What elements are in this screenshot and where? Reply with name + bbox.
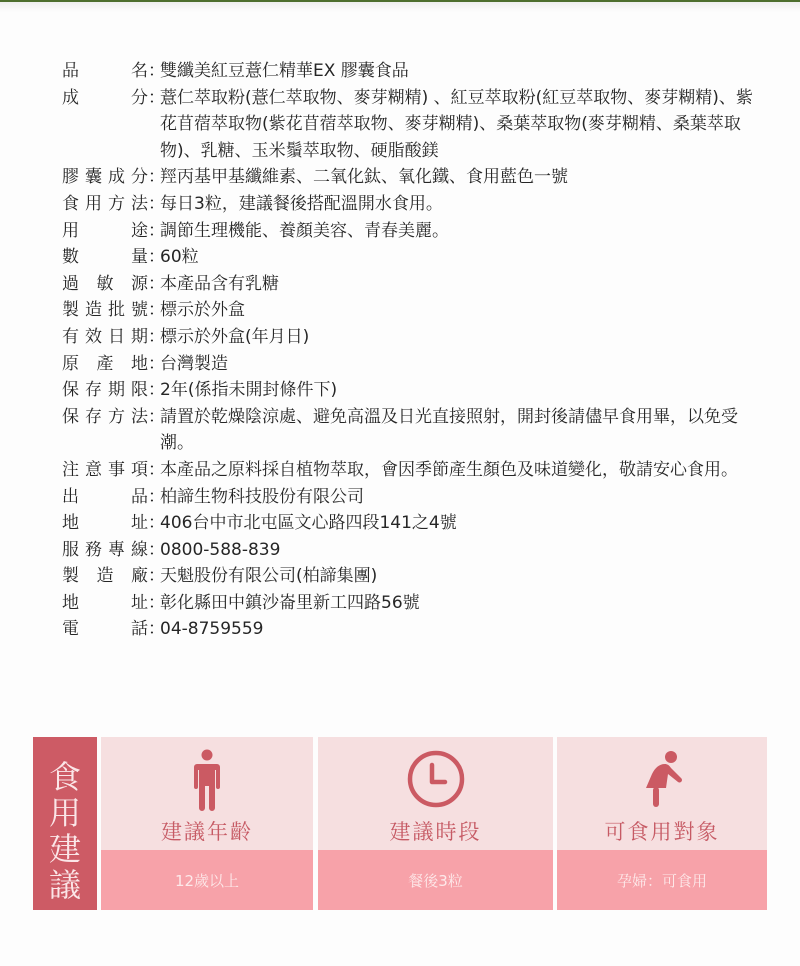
usage-tag: 食 用 建 議 bbox=[33, 737, 97, 910]
spec-label: 地址 bbox=[62, 590, 148, 617]
spec-row: 過敏源：本產品含有乳糖 bbox=[62, 271, 762, 298]
spec-label: 成分 bbox=[62, 85, 148, 165]
spec-value: 彰化縣田中鎮沙崙里新工四路56號 bbox=[160, 590, 762, 617]
card-title: 可食用對象 bbox=[557, 816, 767, 846]
spec-colon: ： bbox=[148, 191, 160, 218]
spec-label: 地址 bbox=[62, 510, 148, 537]
card-top: 可食用對象 bbox=[557, 737, 767, 850]
usage-suggestion-panel: 食 用 建 議 建議年齡 12歲以上 建議時段 餐後3粒 bbox=[33, 737, 767, 910]
spec-colon: ： bbox=[148, 510, 160, 537]
spec-value: 標示於外盒(年月日) bbox=[160, 324, 762, 351]
clock-icon bbox=[406, 749, 466, 811]
spec-row: 食用方法：每日3粒，建議餐後搭配溫開水食用。 bbox=[62, 191, 762, 218]
spec-row: 保存期限：2年(係指未開封條件下) bbox=[62, 377, 762, 404]
spec-row: 注意事項：本產品之原料採自植物萃取，會因季節產生顏色及味道變化，敬請安心食用。 bbox=[62, 457, 762, 484]
spec-colon: ： bbox=[148, 404, 160, 457]
spec-value: 天魁股份有限公司(柏諦集團) bbox=[160, 563, 762, 590]
person-icon bbox=[177, 749, 237, 811]
spec-colon: ： bbox=[148, 457, 160, 484]
card-top: 建議年齡 bbox=[101, 737, 313, 850]
spec-value: 本產品含有乳糖 bbox=[160, 271, 762, 298]
spec-row: 地址：彰化縣田中鎮沙崙里新工四路56號 bbox=[62, 590, 762, 617]
tag-char: 議 bbox=[33, 867, 97, 903]
card-title: 建議時段 bbox=[318, 816, 553, 846]
spec-value: 請置於乾燥陰涼處、避免高溫及日光直接照射，開封後請儘早食用畢，以免受潮。 bbox=[160, 404, 762, 457]
spec-colon: ： bbox=[148, 297, 160, 324]
spec-label: 製造批號 bbox=[62, 297, 148, 324]
spec-colon: ： bbox=[148, 218, 160, 245]
tag-char: 用 bbox=[33, 795, 97, 831]
spec-row: 品名：雙纖美紅豆薏仁精華EX 膠囊食品 bbox=[62, 58, 762, 85]
spec-colon: ： bbox=[148, 563, 160, 590]
spec-value: 柏諦生物科技股份有限公司 bbox=[160, 484, 762, 511]
spec-value: 0800-588-839 bbox=[160, 537, 762, 564]
spec-label: 服務專線 bbox=[62, 537, 148, 564]
spec-value: 2年(係指未開封條件下) bbox=[160, 377, 762, 404]
card-suggested-time: 建議時段 餐後3粒 bbox=[318, 737, 553, 910]
spec-colon: ： bbox=[148, 537, 160, 564]
spec-row: 數量：60粒 bbox=[62, 244, 762, 271]
card-suggested-age: 建議年齡 12歲以上 bbox=[101, 737, 313, 910]
spec-value: 標示於外盒 bbox=[160, 297, 762, 324]
tag-char: 建 bbox=[33, 831, 97, 867]
spec-label: 食用方法 bbox=[62, 191, 148, 218]
spec-row: 服務專線：0800-588-839 bbox=[62, 537, 762, 564]
spec-colon: ： bbox=[148, 616, 160, 643]
spec-colon: ： bbox=[148, 351, 160, 378]
spec-colon: ： bbox=[148, 85, 160, 165]
pregnant-woman-icon bbox=[632, 749, 692, 811]
spec-row: 電話：04-8759559 bbox=[62, 616, 762, 643]
spec-label: 電話 bbox=[62, 616, 148, 643]
spec-value: 406台中市北屯區文心路四段141之4號 bbox=[160, 510, 762, 537]
spec-label: 注意事項 bbox=[62, 457, 148, 484]
spec-label: 保存方法 bbox=[62, 404, 148, 457]
spec-value: 台灣製造 bbox=[160, 351, 762, 378]
card-value: 12歲以上 bbox=[101, 850, 313, 910]
card-value: 餐後3粒 bbox=[318, 850, 553, 910]
top-shadow bbox=[0, 2, 800, 12]
spec-colon: ： bbox=[148, 324, 160, 351]
spec-label: 有效日期 bbox=[62, 324, 148, 351]
spec-value: 雙纖美紅豆薏仁精華EX 膠囊食品 bbox=[160, 58, 762, 85]
spec-colon: ： bbox=[148, 271, 160, 298]
tag-char: 食 bbox=[33, 759, 97, 795]
card-target-group: 可食用對象 孕婦：可食用 bbox=[557, 737, 767, 910]
spec-row: 保存方法：請置於乾燥陰涼處、避免高溫及日光直接照射，開封後請儘早食用畢，以免受潮… bbox=[62, 404, 762, 457]
spec-value: 本產品之原料採自植物萃取，會因季節產生顏色及味道變化，敬請安心食用。 bbox=[160, 457, 762, 484]
card-top: 建議時段 bbox=[318, 737, 553, 850]
spec-row: 出品：柏諦生物科技股份有限公司 bbox=[62, 484, 762, 511]
spec-label: 過敏源 bbox=[62, 271, 148, 298]
spec-row: 膠囊成分：羥丙基甲基纖維素、二氧化鈦、氧化鐵、食用藍色一號 bbox=[62, 164, 762, 191]
spec-colon: ： bbox=[148, 484, 160, 511]
spec-colon: ： bbox=[148, 590, 160, 617]
spec-label: 品名 bbox=[62, 58, 148, 85]
card-title: 建議年齡 bbox=[101, 816, 313, 846]
spec-row: 原產地：台灣製造 bbox=[62, 351, 762, 378]
spec-row: 有效日期：標示於外盒(年月日) bbox=[62, 324, 762, 351]
spec-row: 地址：406台中市北屯區文心路四段141之4號 bbox=[62, 510, 762, 537]
spec-label: 原產地 bbox=[62, 351, 148, 378]
spec-label: 製造廠 bbox=[62, 563, 148, 590]
spec-value: 每日3粒，建議餐後搭配溫開水食用。 bbox=[160, 191, 762, 218]
spec-row: 製造批號：標示於外盒 bbox=[62, 297, 762, 324]
spec-value: 60粒 bbox=[160, 244, 762, 271]
spec-label: 數量 bbox=[62, 244, 148, 271]
spec-colon: ： bbox=[148, 58, 160, 85]
spec-label: 出品 bbox=[62, 484, 148, 511]
spec-value: 薏仁萃取粉(薏仁萃取物、麥芽糊精) 、紅豆萃取粉(紅豆萃取物、麥芽糊精)、紫花苜… bbox=[160, 85, 762, 165]
spec-row: 成分：薏仁萃取粉(薏仁萃取物、麥芽糊精) 、紅豆萃取粉(紅豆萃取物、麥芽糊精)、… bbox=[62, 85, 762, 165]
spec-label: 保存期限 bbox=[62, 377, 148, 404]
spec-colon: ： bbox=[148, 164, 160, 191]
spec-value: 羥丙基甲基纖維素、二氧化鈦、氧化鐵、食用藍色一號 bbox=[160, 164, 762, 191]
spec-label: 用途 bbox=[62, 218, 148, 245]
spec-row: 用途：調節生理機能、養顏美容、青春美麗。 bbox=[62, 218, 762, 245]
spec-colon: ： bbox=[148, 377, 160, 404]
spec-value: 04-8759559 bbox=[160, 616, 762, 643]
spec-row: 製造廠：天魁股份有限公司(柏諦集團) bbox=[62, 563, 762, 590]
card-value: 孕婦：可食用 bbox=[557, 850, 767, 910]
spec-colon: ： bbox=[148, 244, 160, 271]
spec-value: 調節生理機能、養顏美容、青春美麗。 bbox=[160, 218, 762, 245]
spec-label: 膠囊成分 bbox=[62, 164, 148, 191]
product-spec-list: 品名：雙纖美紅豆薏仁精華EX 膠囊食品成分：薏仁萃取粉(薏仁萃取物、麥芽糊精) … bbox=[62, 58, 762, 643]
